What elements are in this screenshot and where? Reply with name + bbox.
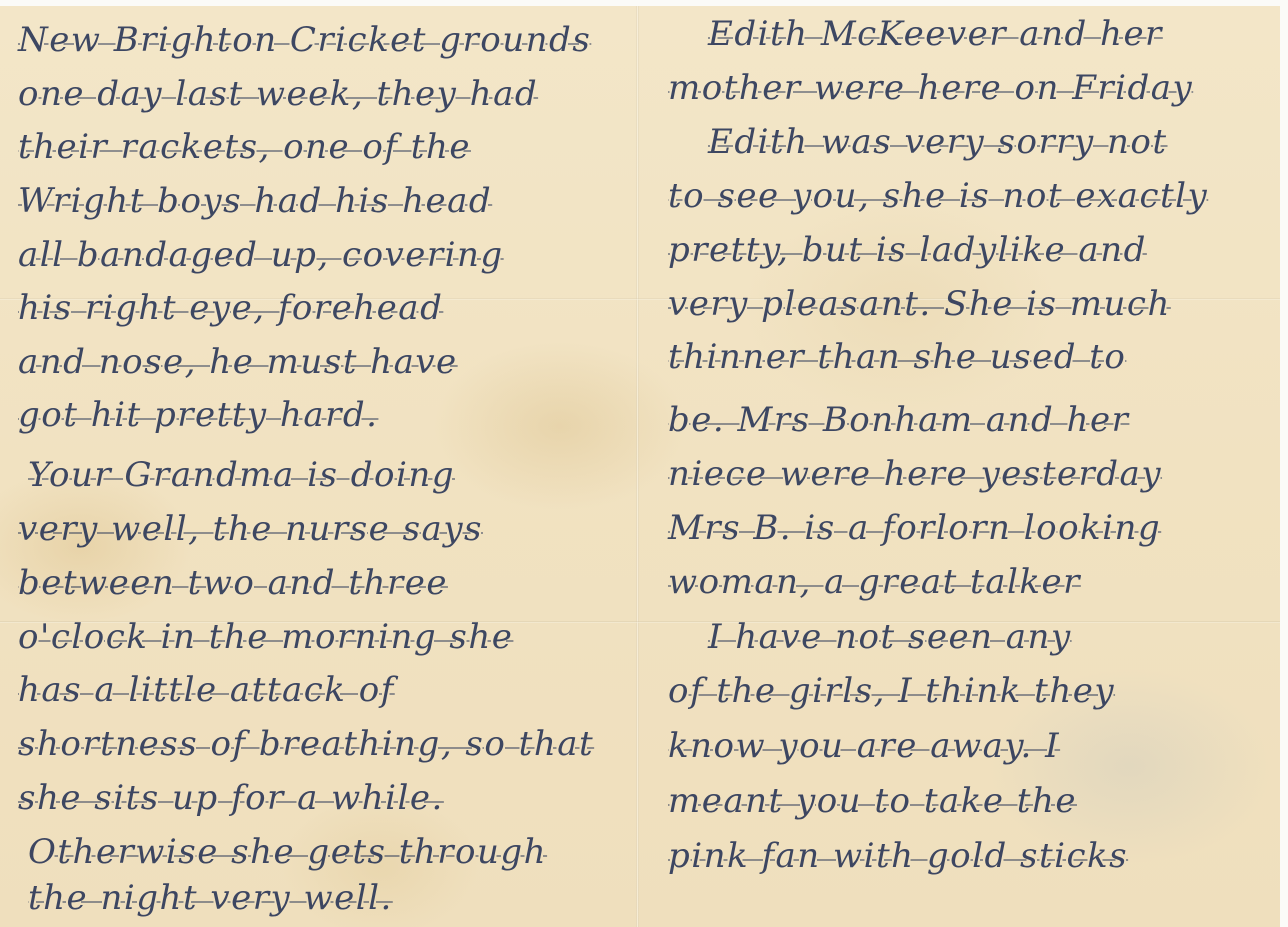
handwritten-line: pretty, but is ladylike and — [668, 230, 1147, 270]
handwritten-line: one day last week, they had — [18, 74, 538, 114]
handwritten-line: Your Grandma is doing — [28, 455, 455, 495]
handwritten-line: pink fan with gold sticks — [668, 836, 1128, 876]
right-page: Edith McKeever and her mother were here … — [668, 6, 1268, 927]
handwritten-line: be. Mrs Bonham and her — [668, 400, 1129, 440]
handwritten-line: has a little attack of — [18, 670, 395, 710]
handwritten-line: know you are away. I — [668, 726, 1060, 766]
handwritten-line: very well, the nurse says — [18, 509, 483, 549]
handwritten-line: between two and three — [18, 563, 448, 603]
center-fold — [636, 6, 639, 927]
handwritten-line: Edith was very sorry not — [708, 122, 1168, 162]
handwritten-line: and nose, he must have — [18, 342, 458, 382]
handwritten-line: niece were here yesterday — [668, 454, 1162, 494]
handwritten-line: I have not seen any — [708, 617, 1072, 657]
handwritten-line: of the girls, I think they — [668, 671, 1115, 711]
handwritten-line: shortness of breathing, so that — [18, 724, 594, 764]
handwritten-line: she sits up for a while. — [18, 778, 444, 818]
handwritten-line: meant you to take the — [668, 781, 1077, 821]
letter-sheet: New Brighton Cricket grounds one day las… — [0, 6, 1280, 927]
handwritten-line: all bandaged up, covering — [18, 235, 504, 275]
handwritten-line: Otherwise she gets through — [28, 832, 547, 872]
handwritten-line: got hit pretty hard. — [18, 395, 378, 435]
handwritten-line: New Brighton Cricket grounds — [18, 20, 591, 60]
handwritten-line: the night very well. — [28, 878, 393, 918]
handwritten-line: woman, a great talker — [668, 562, 1081, 602]
handwritten-line: their rackets, one of the — [18, 127, 471, 167]
handwritten-line: o'clock in the morning she — [18, 617, 513, 657]
handwritten-line: Edith McKeever and her — [708, 14, 1163, 54]
handwritten-line: his right eye, forehead — [18, 288, 443, 328]
handwritten-line: to see you, she is not exactly — [668, 176, 1208, 216]
handwritten-line: Wright boys had his head — [18, 181, 492, 221]
handwritten-line: Mrs B. is a forlorn looking — [668, 508, 1161, 548]
left-page: New Brighton Cricket grounds one day las… — [18, 6, 630, 927]
handwritten-line: mother were here on Friday — [668, 68, 1193, 108]
handwritten-line: very pleasant. She is much — [668, 284, 1171, 324]
handwritten-line: thinner than she used to — [668, 337, 1126, 377]
